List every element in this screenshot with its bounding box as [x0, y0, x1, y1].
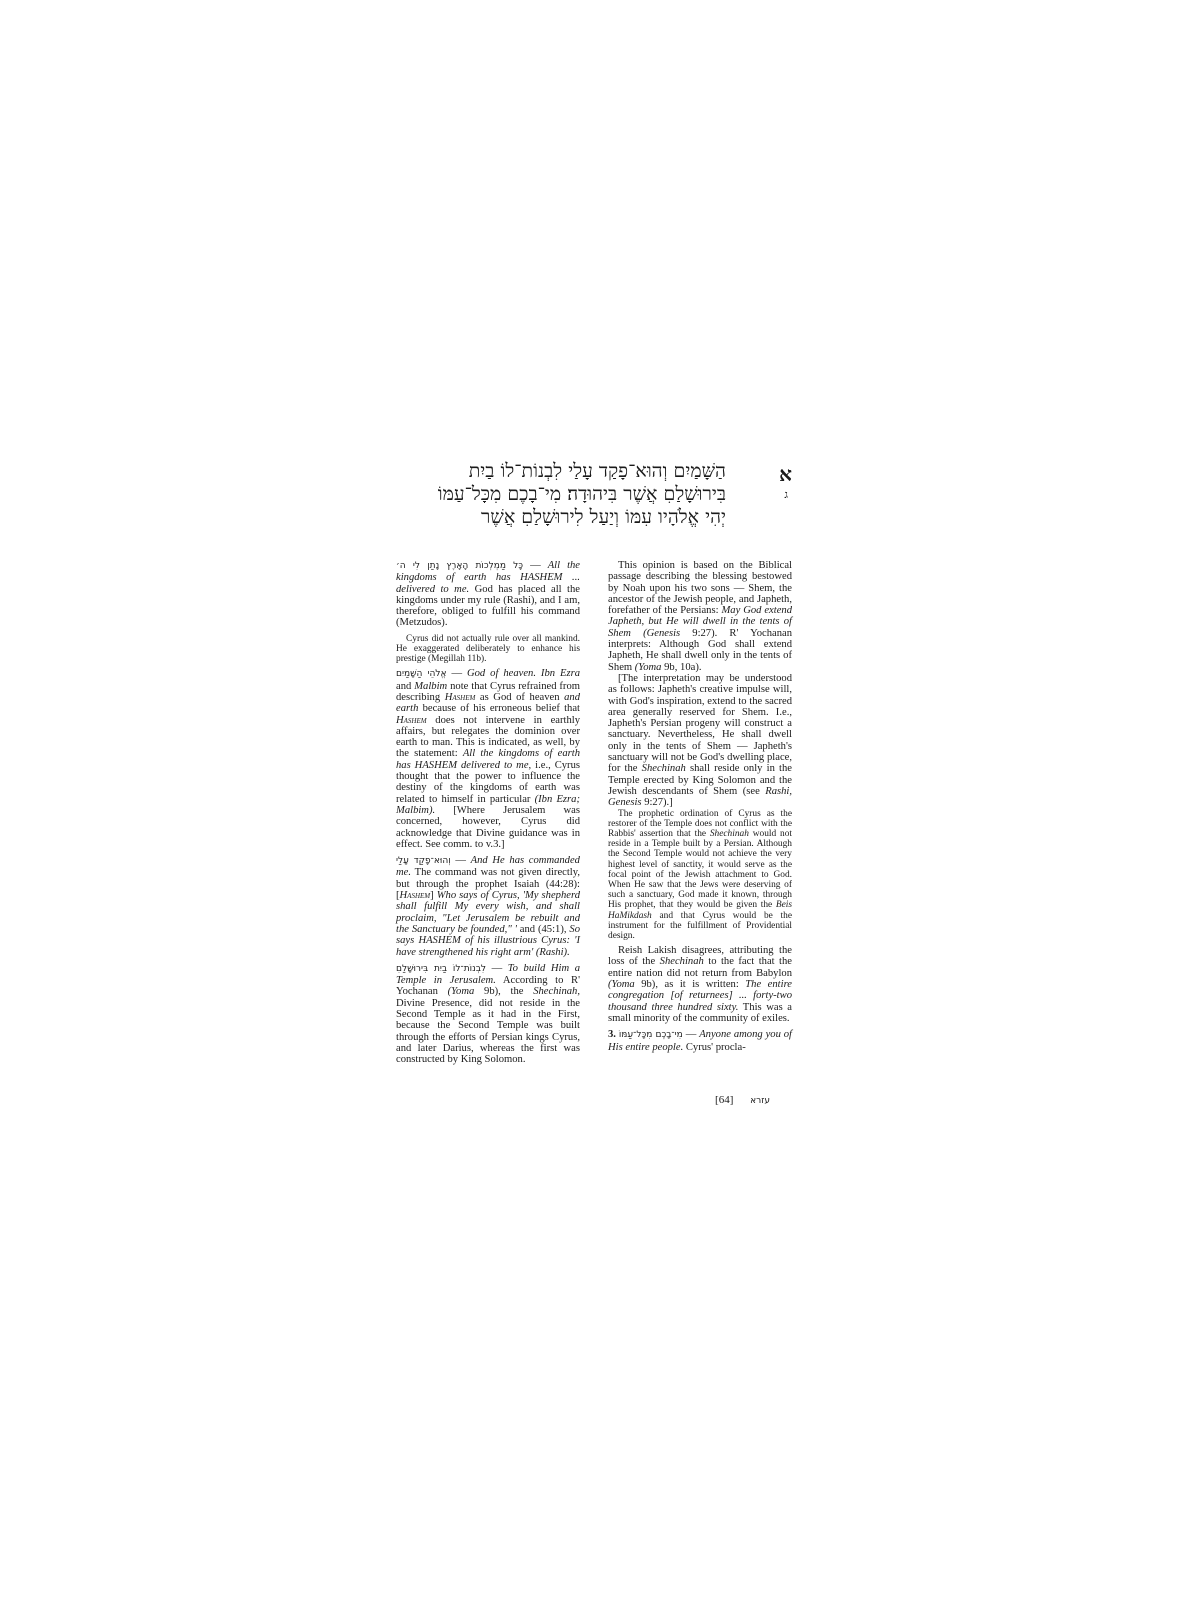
- term: Shechinah: [642, 763, 686, 774]
- lemma-hebrew: לִבְנוֹת־לוֹ בַיִת בִּירוּשָׁלַםִ: [396, 964, 486, 974]
- commentary-paragraph: [The interpretation may be understood as…: [608, 673, 792, 809]
- chapter-letter: א: [779, 462, 792, 487]
- citation: (Yoma: [448, 986, 475, 997]
- citation: (Rashi).: [533, 947, 569, 958]
- commentary-columns: כָּל מַמְלְכוֹת הָאָרֶץ נָתַן לִי ה׳ — A…: [396, 560, 792, 1070]
- citation: Malbim: [414, 681, 447, 692]
- text: Divine Presence, did not reside in the S…: [396, 998, 580, 1065]
- book-page: א ג הַשָּׁמַיִם וְהוּא־פָקַד עָלַי לִבְנ…: [396, 460, 792, 540]
- page-footer: עזרא [64]: [701, 1094, 770, 1106]
- text: ]: [430, 890, 437, 901]
- citation: (Yoma: [608, 979, 635, 990]
- left-column: כָּל מַמְלְכוֹת הָאָרֶץ נָתַן לִי ה׳ — A…: [396, 560, 580, 1070]
- hebrew-line-2b: מִי־בָכֶם מִכָּל־עַמּוֹ: [438, 483, 561, 505]
- text: as God of heaven: [475, 692, 564, 703]
- right-column: This opinion is based on the Biblical pa…: [608, 560, 792, 1070]
- citation: Ibn Ezra: [541, 668, 580, 679]
- lemma-hebrew: וְהוּא־פָקַד עָלַי: [396, 856, 451, 866]
- hebrew-line-2a: בִּירוּשָׁלַםִ אֲשֶׁר בִּיהוּדָה׃: [567, 483, 726, 505]
- page-number: [64]: [715, 1094, 733, 1106]
- side-verse-number: ג: [784, 488, 788, 501]
- commentary-paragraph: 3. מִי־בָכֶם מִכָּל־עַמּוֹ — Anyone amon…: [608, 1029, 792, 1053]
- citation: (Yoma: [635, 662, 662, 673]
- note-paragraph: Cyrus did not actually rule over all man…: [396, 634, 580, 665]
- commentary-paragraph: This opinion is based on the Biblical pa…: [608, 560, 792, 673]
- commentary-paragraph: לִבְנוֹת־לוֹ בַיִת בִּירוּשָׁלַםִ — To b…: [396, 963, 580, 1066]
- commentary-paragraph: Reish Lakish disagrees, attributing the …: [608, 945, 792, 1024]
- commentary-paragraph: וְהוּא־פָקַד עָלַי — And He has commande…: [396, 855, 580, 958]
- text: and (45:1),: [517, 924, 569, 935]
- term: Shechinah,: [533, 986, 580, 997]
- divine-name: Hashem: [445, 692, 476, 703]
- text: 9:27).]: [642, 797, 673, 808]
- text: and: [396, 681, 414, 692]
- text: [The interpretation may be understood as…: [608, 673, 792, 774]
- lemma-hebrew: אֱלֹהֵי הַשָּׁמַיִם: [396, 669, 447, 679]
- hebrew-line-1: הַשָּׁמַיִם וְהוּא־פָקַד עָלַי לִבְנוֹת־…: [396, 460, 726, 483]
- divine-name: Hashem: [400, 890, 431, 901]
- book-name: עזרא: [750, 1096, 770, 1106]
- verse-number: 3.: [608, 1029, 616, 1040]
- hebrew-line-2: בִּירוּשָׁלַםִ אֲשֶׁר בִּיהוּדָה׃ מִי־בָ…: [396, 483, 726, 506]
- text: because of his erroneous belief that: [418, 703, 580, 714]
- term: Shechinah: [660, 956, 704, 967]
- lemma-hebrew: כָּל מַמְלְכוֹת הָאָרֶץ נָתַן לִי ה׳: [396, 561, 523, 571]
- divine-name: Hashem: [396, 715, 427, 726]
- hebrew-line-3: יְהִי אֱלֹהָיו עִמּוֹ וְיַעַל לִירוּשָׁל…: [396, 506, 726, 529]
- text: 9b), as it is written:: [635, 979, 746, 990]
- hebrew-verse-text: הַשָּׁמַיִם וְהוּא־פָקַד עָלַי לִבְנוֹת־…: [396, 460, 726, 529]
- commentary-paragraph: אֱלֹהֵי הַשָּׁמַיִם — God of heaven. Ibn…: [396, 668, 580, 850]
- lemma-hebrew: מִי־בָכֶם מִכָּל־עַמּוֹ: [619, 1030, 683, 1040]
- text: 9b), the: [474, 986, 533, 997]
- lemma-english: God of heaven.: [467, 668, 536, 679]
- text: would not reside in a Temple built by a …: [608, 829, 792, 910]
- commentary-paragraph: כָּל מַמְלְכוֹת הָאָרֶץ נָתַן לִי ה׳ — A…: [396, 560, 580, 629]
- note-paragraph: The prophetic ordination of Cyrus as the…: [608, 809, 792, 942]
- term: Shechinah: [710, 829, 749, 839]
- hebrew-verse-block: א ג הַשָּׁמַיִם וְהוּא־פָקַד עָלַי לִבְנ…: [396, 460, 792, 540]
- text: 9b, 10a).: [661, 662, 701, 673]
- text: Cyrus' procla-: [683, 1042, 746, 1053]
